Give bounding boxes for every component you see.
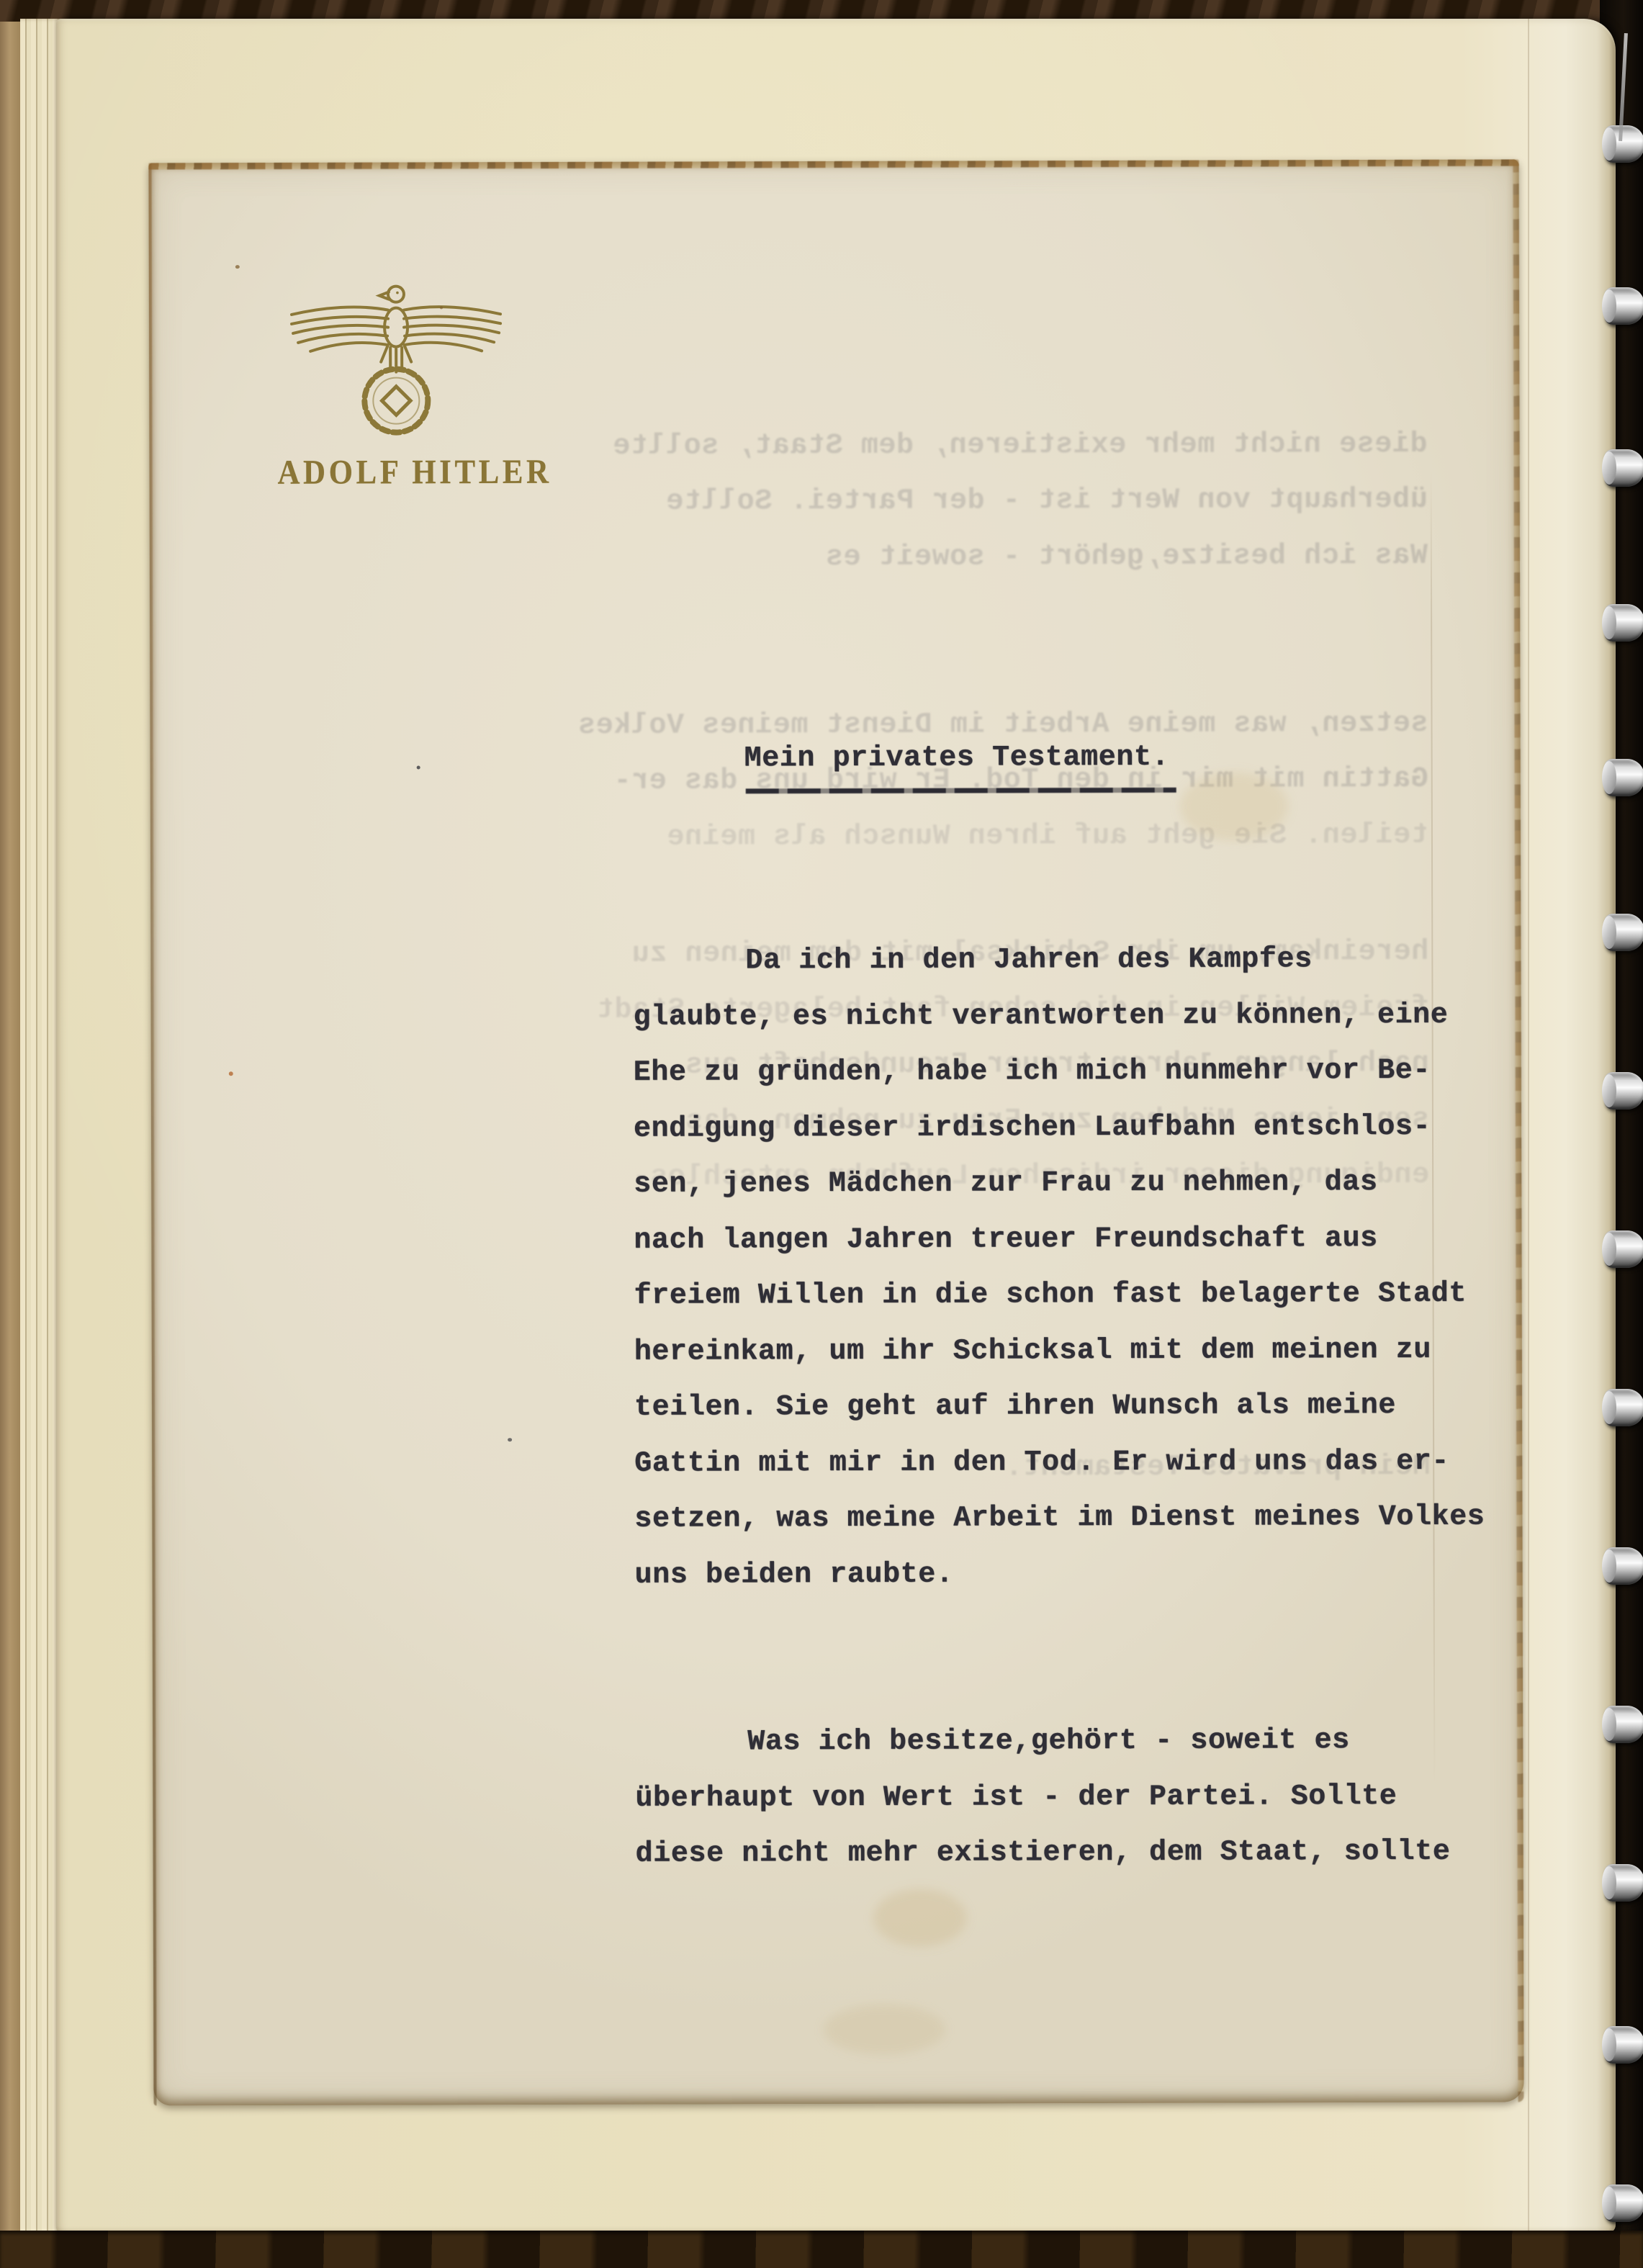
typed-line: Gattin mit mir in den Tod. Er wird uns d… [634, 1434, 1485, 1492]
typed-paragraph: Was ich besitze,gehört - soweit es überh… [635, 1713, 1450, 1882]
typed-line: glaubte, es nicht verantworten zu können… [633, 987, 1483, 1045]
binder-post [1604, 449, 1643, 487]
typed-line: freiem Willen in die schon fast belagert… [634, 1266, 1484, 1325]
document-title: Mein privates Testament. [744, 740, 1170, 778]
binder-post [1604, 2026, 1643, 2064]
binder-leather-bottom [0, 2231, 1643, 2268]
binder-post [1604, 1864, 1643, 1902]
typed-line: teilen. Sie geht auf ihren Wunsch als me… [634, 1378, 1485, 1436]
typed-line: uns beiden raubte. [635, 1545, 1485, 1603]
eagle-emblem-icon [280, 266, 513, 447]
binder-post [1604, 2184, 1643, 2222]
typed-line: endigung dieser irdischen Laufbahn entsc… [634, 1099, 1484, 1157]
stain [823, 2004, 945, 2055]
letterhead-name: ADOLF HITLER [278, 451, 559, 492]
paper-edge [148, 163, 156, 2105]
typed-line: setzen, was meine Arbeit im Dienst meine… [634, 1490, 1485, 1548]
binder-post [1604, 1072, 1643, 1110]
binder-post [1604, 1547, 1643, 1585]
bleedthrough-line: setzen, was meine Arbeit im Dienst meine… [679, 708, 1428, 742]
cardboard-edge [0, 22, 22, 2236]
typed-line: diese nicht mehr existieren, dem Staat, … [636, 1824, 1451, 1882]
page-stack-edges [20, 19, 59, 2236]
ink-speck [508, 1438, 512, 1441]
binder-post [1604, 759, 1643, 796]
album-page: ADOLF HITLER diese nicht mehr existieren… [56, 19, 1616, 2233]
album-spread: ADOLF HITLER diese nicht mehr existieren… [0, 0, 1643, 2268]
binder-post [1604, 1230, 1643, 1268]
ink-speck [417, 766, 420, 770]
binder-post [1604, 1706, 1643, 1743]
typed-line: sen, jenes Mädchen zur Frau zu nehmen, d… [634, 1155, 1484, 1213]
bleedthrough-line: Was ich besitze,gehört - soweit es [679, 539, 1536, 574]
stain [1180, 772, 1288, 840]
mounted-document: ADOLF HITLER diese nicht mehr existieren… [148, 160, 1523, 2106]
typed-line: hereinkam, um ihr Schicksal mit dem mein… [634, 1322, 1485, 1380]
binder-post [1604, 125, 1643, 163]
typed-line: nach langen Jahren treuer Freundschaft a… [634, 1210, 1484, 1269]
binder-post [1604, 604, 1643, 642]
binder-post [1604, 914, 1643, 951]
bleedthrough-line: diese nicht mehr existieren, dem Staat, … [678, 428, 1427, 463]
stain [873, 1889, 967, 1947]
ink-speck [229, 1071, 233, 1076]
typed-paragraph: Da ich in den Jahren des Kampfes glaubte… [633, 932, 1485, 1603]
ink-speck [440, 306, 443, 309]
typed-line: Ehe zu gründen, habe ich mich nunmehr vo… [634, 1043, 1484, 1102]
bleedthrough-line: überhaupt von Wert ist - der Partei. Sol… [679, 484, 1428, 518]
binder-post [1604, 1389, 1643, 1426]
typed-line: Da ich in den Jahren des Kampfes [633, 932, 1483, 990]
ink-speck [235, 265, 240, 269]
typed-line: überhaupt von Wert ist - der Partei. Sol… [635, 1768, 1450, 1826]
binder-post [1604, 287, 1643, 325]
bleedthrough-line: teilen. Sie geht auf ihren Wunsch als me… [680, 819, 1428, 854]
typed-line: Was ich besitze,gehört - soweit es [635, 1713, 1450, 1770]
